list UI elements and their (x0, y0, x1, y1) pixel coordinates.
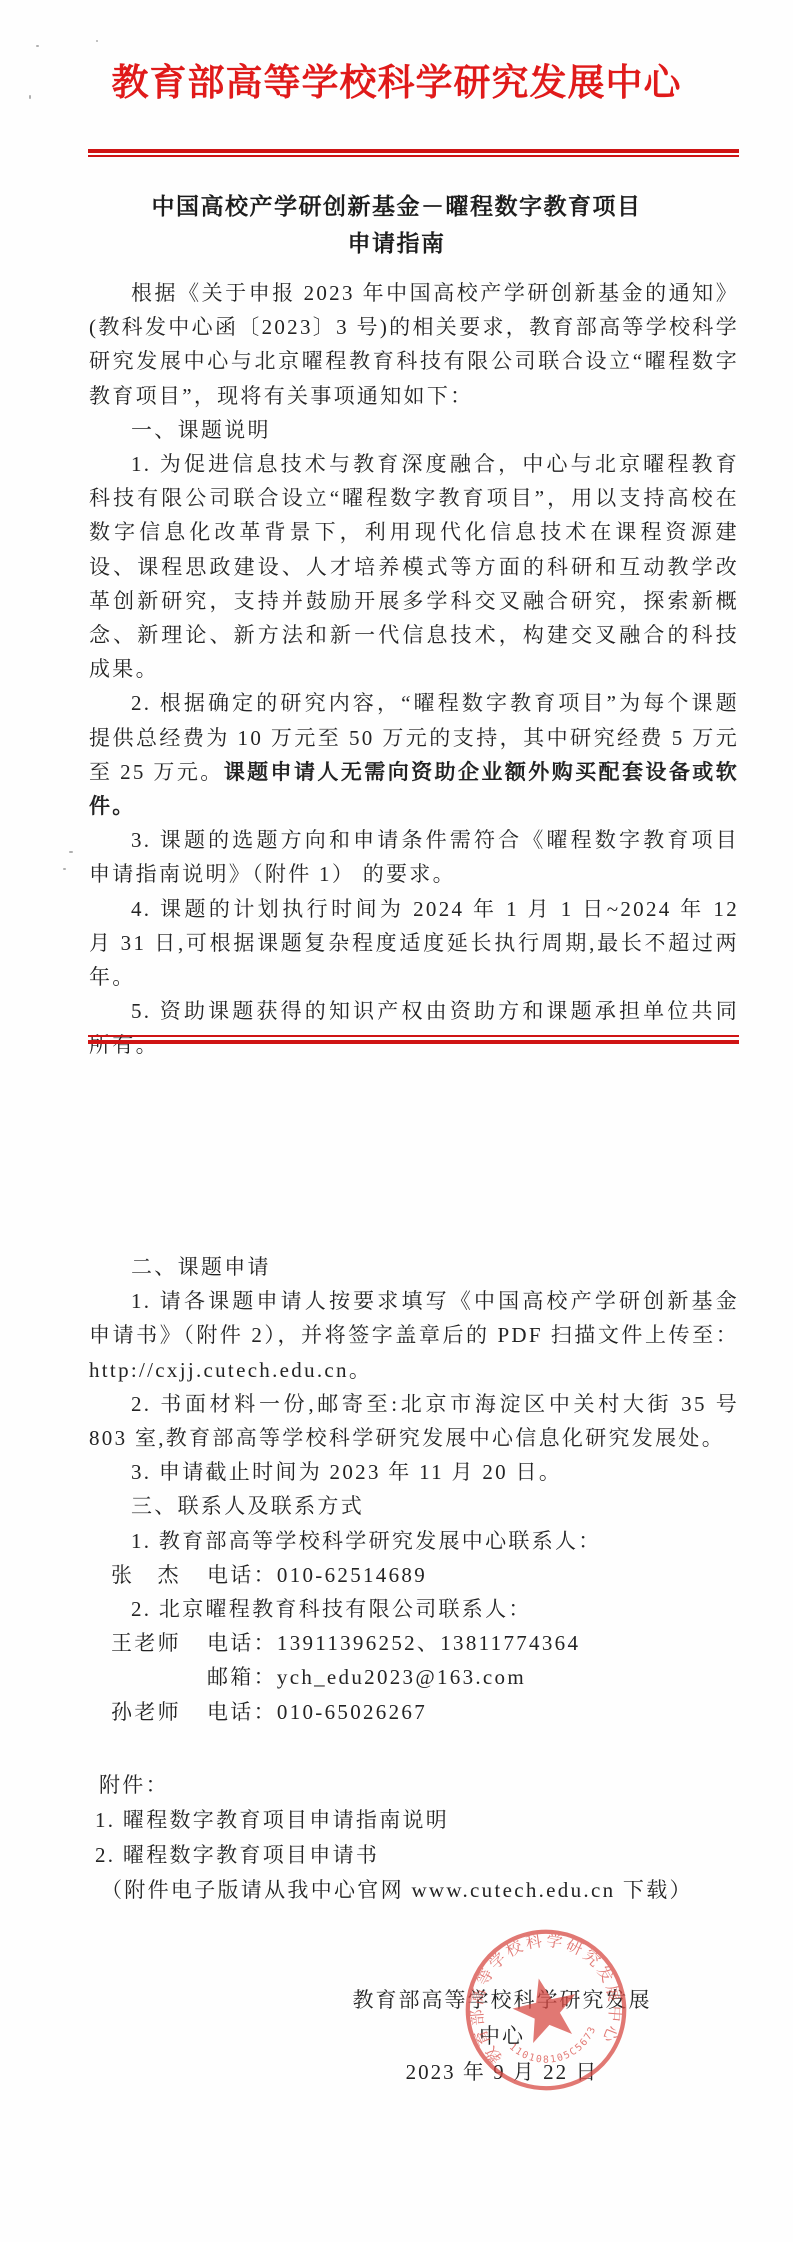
contact-row-zhangjie: 张 杰 电话：010-62514689 (89, 1558, 739, 1592)
section2-item1: 1. 请各课题申请人按要求填写《中国高校产学研创新基金申请书》（附件 2），并将… (89, 1284, 739, 1387)
attachments-download-note: （附件电子版请从我中心官网 www.cutech.edu.cn 下载） (89, 1873, 739, 1908)
official-seal: 教育部高等学校科学研究发展中心 110108105C5673 (461, 1925, 631, 2095)
rule-thin-bar (88, 1035, 739, 1037)
attachment-item-1: 1. 曜程数字教育项目申请指南说明 (89, 1803, 739, 1838)
contact-name: 孙老师 (111, 1695, 207, 1729)
scan-speck (96, 40, 98, 42)
document-title-line1: 中国高校产学研创新基金－曜程数字教育项目 (0, 188, 793, 225)
contact-row-sun: 孙老师 电话：010-65026267 (89, 1695, 739, 1729)
section1-item2: 2. 根据确定的研究内容，“曜程数字教育项目”为每个课题提供总经费为 10 万元… (89, 686, 739, 823)
rule-thick-bar (88, 1040, 739, 1044)
section1-item3: 3. 课题的选题方向和申请条件需符合《曜程数字教育项目申请指南说明》（附件 1）… (89, 823, 739, 891)
letterhead-double-rule (88, 149, 739, 157)
contact-email: 邮箱：ych_edu2023@163.com (207, 1660, 739, 1694)
rule-thick-bar (88, 149, 739, 153)
document-title: 中国高校产学研创新基金－曜程数字教育项目 申请指南 (0, 188, 793, 262)
section1-item5: 5. 资助课题获得的知识产权由资助方和课题承担单位共同所有。 (89, 994, 739, 1062)
contact-name: 王老师 (111, 1626, 207, 1660)
contact-phone: 电话：010-62514689 (207, 1558, 739, 1592)
section2-heading: 二、课题申请 (89, 1250, 739, 1284)
seal-star-icon (507, 1971, 584, 2045)
contact-phone: 电话：010-65026267 (207, 1695, 739, 1729)
section1-item4: 4. 课题的计划执行时间为 2024 年 1 月 1 日~2024 年 12 月… (89, 892, 739, 995)
section3-group2-label: 2. 北京曜程教育科技有限公司联系人： (89, 1592, 739, 1626)
contact-name: 张 杰 (111, 1558, 207, 1592)
rule-thin-bar (88, 155, 739, 157)
scan-speck (36, 45, 39, 47)
contact-row-wang-email: 邮箱：ych_edu2023@163.com (89, 1660, 739, 1694)
page-footer-double-rule (88, 1035, 739, 1044)
section1-item1: 1. 为促进信息技术与教育深度融合，中心与北京曜程教育科技有限公司联合设立“曜程… (89, 447, 739, 686)
scan-speck (69, 851, 73, 853)
attachment-item-2: 2. 曜程数字教育项目申请书 (89, 1838, 739, 1873)
attachments-label: 附件： (89, 1768, 739, 1803)
document-page: 教育部高等学校科学研究发展中心 中国高校产学研创新基金－曜程数字教育项目 申请指… (0, 0, 793, 2242)
scan-speck (63, 868, 66, 870)
seal-number: 110108105C5673 (505, 2022, 604, 2075)
contact-phone: 电话：13911396252、13811774364 (207, 1626, 739, 1660)
page1-body: 根据《关于申报 2023 年中国高校产学研创新基金的通知》(教科发中心函〔202… (89, 276, 739, 1063)
section1-heading: 一、课题说明 (89, 413, 739, 447)
section3-group1-label: 1. 教育部高等学校科学研究发展中心联系人： (89, 1524, 739, 1558)
attachments-block: 附件： 1. 曜程数字教育项目申请指南说明 2. 曜程数字教育项目申请书 （附件… (89, 1768, 739, 1908)
contact-name-spacer (111, 1660, 207, 1694)
section2-item2: 2. 书面材料一份,邮寄至:北京市海淀区中关村大街 35 号 803 室,教育部… (89, 1387, 739, 1455)
contact-row-wang: 王老师 电话：13911396252、13811774364 (89, 1626, 739, 1660)
letterhead-title: 教育部高等学校科学研究发展中心 (0, 52, 793, 106)
intro-paragraph: 根据《关于申报 2023 年中国高校产学研创新基金的通知》(教科发中心函〔202… (89, 276, 739, 413)
document-title-line2: 申请指南 (0, 225, 793, 262)
page2-body: 二、课题申请 1. 请各课题申请人按要求填写《中国高校产学研创新基金申请书》（附… (89, 1250, 739, 1729)
section3-heading: 三、联系人及联系方式 (89, 1489, 739, 1523)
section2-item3: 3. 申请截止时间为 2023 年 11 月 20 日。 (89, 1455, 739, 1489)
